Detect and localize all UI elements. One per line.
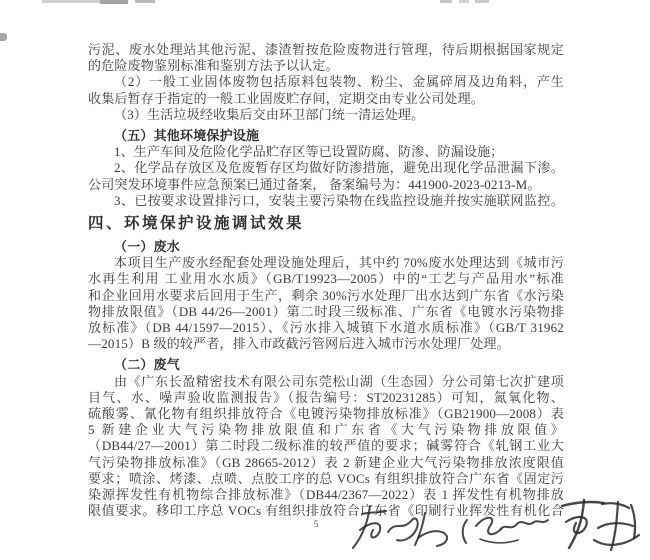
text-line: 1、生产车间及危险化学品贮存区等已设置防腐、防渗、防漏设施； [88, 144, 564, 160]
section-heading: 四、环境保护设施调试效果 [88, 213, 564, 235]
text-line: —2015）B 级的较严者，排入市政截污管网后进入城市污水处理厂处理。 [88, 336, 564, 352]
signature-3 [562, 500, 639, 550]
text-line: 的危险废物鉴别标准和鉴别方法予以认定。 [88, 58, 564, 74]
text-line: 和企业回用水要求后回用于生产，剩余 30%污水处理厂出水达到广东省《水污染 [88, 288, 564, 304]
text-line: 要求；喷涂、烤漆、点喷、点胶工序的总 VOCs 有组织排放符合广东省《固定污 [88, 471, 564, 487]
text-line: 目气、水、噪声验收监测报告》（报告编号：ST20231285）可知，氮氧化物、 [88, 390, 564, 406]
scan-artifact [475, 0, 489, 3]
document-text: 污泥、废水处理站其他污泥、漆渣暂按危险废物进行管理，待后期根据国家规定的危险废物… [88, 42, 564, 519]
scan-artifact [459, 0, 469, 3]
signature-1 [353, 506, 447, 548]
text-line: （3）生活垃圾经收集后交由环卫部门统一清运处理。 [88, 107, 564, 123]
scan-artifact [100, 0, 128, 4]
text-line: （2）一般工业固体废物包括原料包装物、粉尘、金属碎屑及边角料，产生 [88, 74, 564, 90]
text-line: 3、已按要求设置排污口，安装主要污染物在线监控设施并按实施联网监控。 [88, 193, 564, 209]
scan-artifact [0, 33, 7, 41]
text-line: （DB44/27—2001）第二时段二级标准的较严值的要求；碱雾符合《轧钢工业大 [88, 438, 564, 454]
text-line: 本项目生产废水经配套处理设施处理后，其中约 70%废水处理达到《城市污 [88, 255, 564, 271]
text-line: 收集后暂存于指定的一般工业固废贮存间，定期交由专业公司处理。 [88, 91, 564, 107]
text-line: 硫酸雾、氰化物有组织排放符合《电镀污染物排放标准》（GB21900—2008）表 [88, 406, 564, 422]
text-line: 5 新建企业大气污染物排放限值和广东省《大气污染物排放限值》 [88, 422, 564, 438]
text-line: 物排放限值》（DB 44/26—2001）第二时段三级标准、广东省《电镀水污染物… [88, 304, 564, 320]
sub-heading: （五）其他环境保护设施 [88, 128, 564, 144]
text-line: 2、化学品存放区及危废暂存区均做好防渗措施，避免出现化学品泄漏下渗。 [88, 160, 564, 176]
text-line: 放标准》（DB 44/1597—2015）、《污水排入城镇下水道水质标准》（GB… [88, 320, 564, 336]
sub-heading: （一）废水 [88, 239, 564, 255]
text-line: 由《广东长盈精密技术有限公司东莞松山湖（生态园）分公司第七次扩建项 [88, 374, 564, 390]
text-line: 公司突发环境事件应急预案已通过备案， 备案编号为：441900-2023-021… [88, 177, 564, 193]
handwritten-signatures [340, 492, 650, 560]
text-line: 气污染物排放标准》（GB 28665-2012）表 2 新建企业大气污染物排放浓… [88, 455, 564, 471]
scan-artifact [135, 0, 155, 3]
text-line: 污泥、废水处理站其他污泥、漆渣暂按危险废物进行管理，待后期根据国家规定 [88, 42, 564, 58]
text-line: 水再生利用 工业用水水质》（GB/T19923—2005）中的“工艺与产品用水”… [88, 271, 564, 287]
scan-artifact [440, 0, 452, 3]
signature-2 [463, 518, 548, 543]
sub-heading: （二）废气 [88, 357, 564, 373]
scanned-document-page: 污泥、废水处理站其他污泥、漆渣暂按危险废物进行管理，待后期根据国家规定的危险废物… [0, 0, 650, 560]
page-number: 5 [306, 520, 326, 530]
